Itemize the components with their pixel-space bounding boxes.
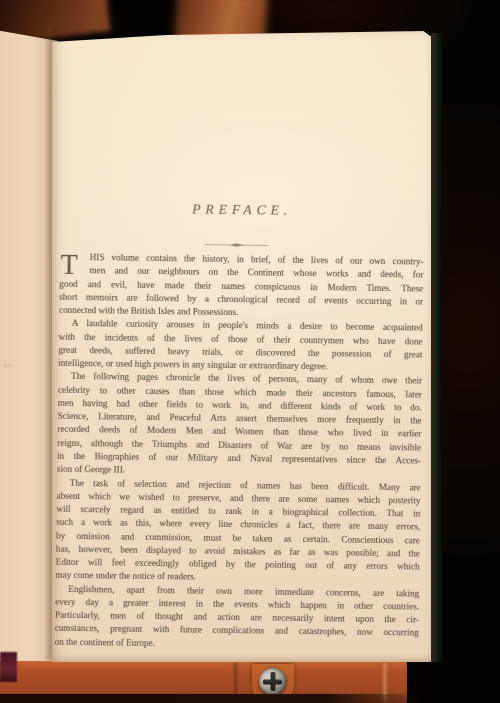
preface-page: PREFACE. THIS volume contains the histor…: [52, 31, 433, 662]
ornament-rule-icon: [203, 236, 269, 255]
ledge-bottom-shadow: [0, 694, 420, 703]
paragraph: A laudable curiosity arouses in people's…: [58, 317, 423, 375]
page-title: PREFACE.: [60, 200, 424, 221]
paragraph: THIS volume contains the history, in bri…: [59, 251, 424, 322]
book-cover-edge: [431, 33, 442, 662]
paragraphs: THIS volume contains the history, in bri…: [55, 251, 424, 654]
printed-text-area: PREFACE. THIS volume contains the histor…: [54, 31, 426, 667]
phillips-screw-head: [259, 668, 286, 695]
cover-corner-sliver: [0, 652, 17, 682]
paragraph: The following pages chronicle the lives …: [57, 370, 422, 481]
paragraph: Englishmen, apart from their own more im…: [55, 582, 420, 653]
paragraph: The task of selection and rejection of n…: [55, 476, 420, 587]
signature-mark: s.c.: [4, 363, 14, 369]
photo-background: s.c. PREFACE. THIS volume contains the h…: [0, 0, 500, 703]
drop-cap: T: [60, 253, 77, 278]
